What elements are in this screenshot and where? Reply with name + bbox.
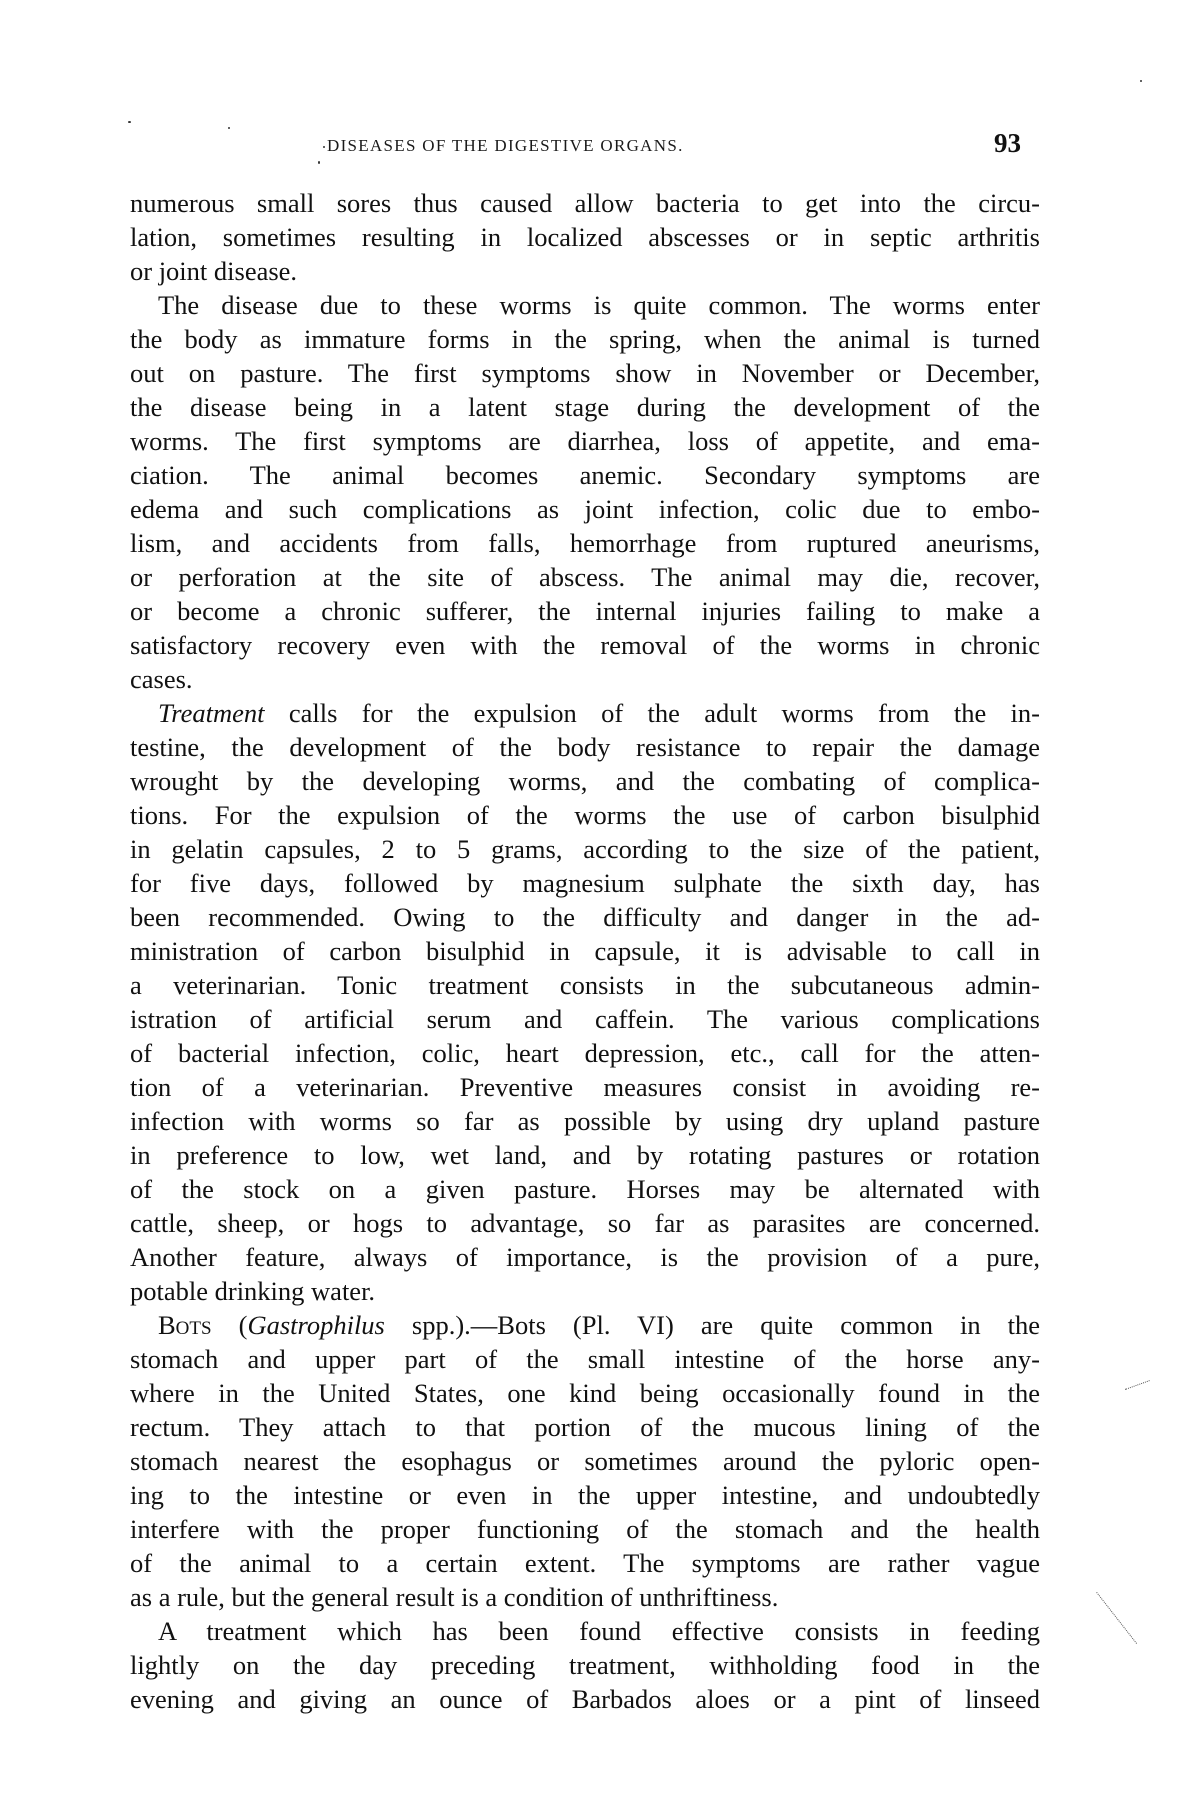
text-line: Bots (Gastrophilus spp.).—Bots (Pl. VI) … bbox=[130, 1308, 1040, 1342]
text-line: or become a chronic sufferer, the intern… bbox=[130, 594, 1040, 628]
text-run: ( bbox=[212, 1310, 248, 1340]
text-line: wrought by the developing worms, and the… bbox=[130, 764, 1040, 798]
text-line: in gelatin capsules, 2 to 5 grams, accor… bbox=[130, 832, 1040, 866]
text-line: lism, and accidents from falls, hemorrha… bbox=[130, 526, 1040, 560]
italic-genus: Gastrophilus bbox=[247, 1310, 384, 1340]
text-line: ing to the intestine or even in the uppe… bbox=[130, 1478, 1040, 1512]
text-line: of the stock on a given pasture. Horses … bbox=[130, 1172, 1040, 1206]
text-line: potable drinking water. bbox=[130, 1274, 1040, 1308]
text-line: where in the United States, one kind bei… bbox=[130, 1376, 1040, 1410]
section-term: Bots bbox=[158, 1310, 212, 1340]
text-line: the disease being in a latent stage duri… bbox=[130, 390, 1040, 424]
italic-term: Treatment bbox=[158, 698, 265, 728]
text-line: Treatment calls for the expulsion of the… bbox=[130, 696, 1040, 730]
text-line: tions. For the expulsion of the worms th… bbox=[130, 798, 1040, 832]
paragraph-treatment: Treatment calls for the expulsion of the… bbox=[130, 696, 1040, 1308]
text-line: out on pasture. The first symptoms show … bbox=[130, 356, 1040, 390]
text-line: satisfactory recovery even with the remo… bbox=[130, 628, 1040, 662]
text-line: been recommended. Owing to the difficult… bbox=[130, 900, 1040, 934]
text-line: of bacterial infection, colic, heart dep… bbox=[130, 1036, 1040, 1070]
text-line: The disease due to these worms is quite … bbox=[130, 288, 1040, 322]
paragraph-aloes-treatment: A treatment which has been found effecti… bbox=[130, 1614, 1040, 1716]
text-line: A treatment which has been found effecti… bbox=[130, 1614, 1040, 1648]
text-line: numerous small sores thus caused allow b… bbox=[130, 186, 1040, 220]
paragraph-symptoms: The disease due to these worms is quite … bbox=[130, 288, 1040, 696]
text-line: testine, the development of the body res… bbox=[130, 730, 1040, 764]
text-line: the body as immature forms in the spring… bbox=[130, 322, 1040, 356]
text-line: in preference to low, wet land, and by r… bbox=[130, 1138, 1040, 1172]
text-line: worms. The first symptoms are diarrhea, … bbox=[130, 424, 1040, 458]
text-line: Another feature, always of importance, i… bbox=[130, 1240, 1040, 1274]
scan-speck bbox=[128, 121, 131, 123]
text-line: tion of a veterinarian. Preventive measu… bbox=[130, 1070, 1040, 1104]
text-line: istration of artificial serum and caffei… bbox=[130, 1002, 1040, 1036]
text-line: ciation. The animal becomes anemic. Seco… bbox=[130, 458, 1040, 492]
scan-speck bbox=[1140, 80, 1142, 82]
text-line: cattle, sheep, or hogs to advantage, so … bbox=[130, 1206, 1040, 1240]
scan-speck bbox=[228, 127, 230, 129]
text-run: spp.).—Bots (Pl. VI) are quite common in… bbox=[385, 1310, 1040, 1340]
paragraph-bots: Bots (Gastrophilus spp.).—Bots (Pl. VI) … bbox=[130, 1308, 1040, 1614]
text-line: as a rule, but the general result is a c… bbox=[130, 1580, 1040, 1614]
scan-scratch bbox=[1125, 1380, 1150, 1390]
text-line: edema and such complications as joint in… bbox=[130, 492, 1040, 526]
text-line: for five days, followed by magnesium sul… bbox=[130, 866, 1040, 900]
text-line: lightly on the day preceding treatment, … bbox=[130, 1648, 1040, 1682]
running-head-title: DISEASES OF THE DIGESTIVE ORGANS. bbox=[327, 136, 684, 156]
text-line: ministration of carbon bisulphid in caps… bbox=[130, 934, 1040, 968]
text-line: cases. bbox=[130, 662, 1040, 696]
text-line: interfere with the proper functioning of… bbox=[130, 1512, 1040, 1546]
text-line: a veterinarian. Tonic treatment consists… bbox=[130, 968, 1040, 1002]
text-line: stomach and upper part of the small inte… bbox=[130, 1342, 1040, 1376]
text-line: rectum. They attach to that portion of t… bbox=[130, 1410, 1040, 1444]
paragraph-continuation: numerous small sores thus caused allow b… bbox=[130, 186, 1040, 288]
book-page: DISEASES OF THE DIGESTIVE ORGANS. 93 num… bbox=[0, 0, 1200, 1820]
body-text: numerous small sores thus caused allow b… bbox=[130, 186, 1040, 1716]
text-line: stomach nearest the esophagus or sometim… bbox=[130, 1444, 1040, 1478]
text-line: or perforation at the site of abscess. T… bbox=[130, 560, 1040, 594]
text-line: lation, sometimes resulting in localized… bbox=[130, 220, 1040, 254]
text-run: calls for the expulsion of the adult wor… bbox=[265, 698, 1041, 728]
text-line: of the animal to a certain extent. The s… bbox=[130, 1546, 1040, 1580]
text-line: or joint disease. bbox=[130, 254, 1040, 288]
page-number: 93 bbox=[994, 128, 1021, 159]
scan-speck bbox=[318, 161, 320, 164]
text-line: infection with worms so far as possible … bbox=[130, 1104, 1040, 1138]
text-line: evening and giving an ounce of Barbados … bbox=[130, 1682, 1040, 1716]
scan-speck bbox=[323, 146, 325, 148]
scan-scratch bbox=[1096, 1592, 1137, 1644]
